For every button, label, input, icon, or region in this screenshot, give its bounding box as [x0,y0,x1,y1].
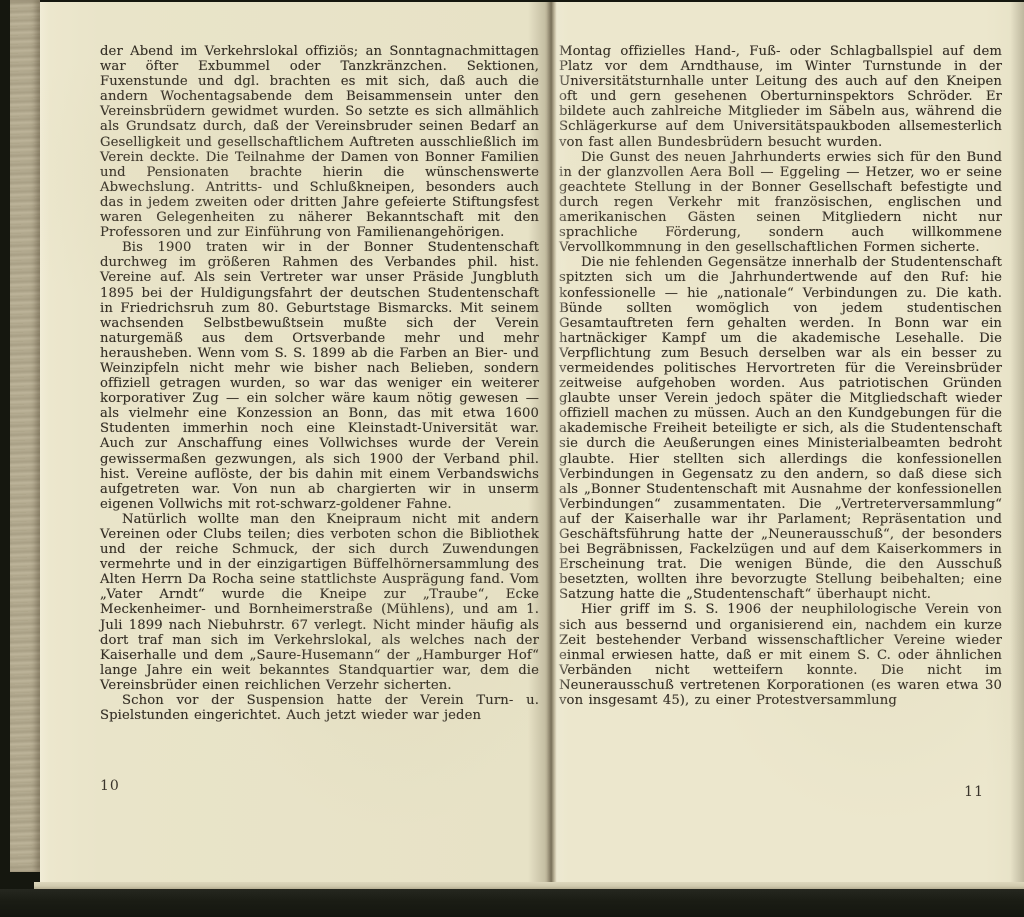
page-left: der Abend im Verkehrslokal offiziös; an … [40,2,545,882]
bottom-page-edges [34,882,1024,889]
scanner-background-bottom [0,889,1024,917]
book-scan: der Abend im Verkehrslokal offiziös; an … [0,0,1024,917]
paragraph: Hier griff im S. S. 1906 der neuphilolog… [559,602,1002,708]
paragraph: Die Gunst des neuen Jahrhunderts erwies … [559,150,1002,256]
paragraph: Die nie fehlenden Gegensätze innerhalb d… [559,255,1002,602]
paragraph: Montag offizielles Hand-, Fuß- oder Schl… [559,44,1002,150]
book-fore-edge [10,0,40,872]
paragraph: der Abend im Verkehrslokal offiziös; an … [100,44,539,240]
open-book-spread: der Abend im Verkehrslokal offiziös; an … [40,2,1024,882]
page-number-right: 11 [964,784,984,800]
page-left-text: der Abend im Verkehrslokal offiziös; an … [100,44,539,723]
page-number-left: 10 [100,778,120,794]
page-right: Montag offizielles Hand-, Fuß- oder Schl… [545,2,1024,882]
paragraph: Bis 1900 traten wir in der Bonner Studen… [100,240,539,512]
page-right-text: Montag offizielles Hand-, Fuß- oder Schl… [559,44,1002,708]
paragraph: Natürlich wollte man den Kneipraum nicht… [100,512,539,693]
paragraph: Schon vor der Suspension hatte der Verei… [100,693,539,723]
